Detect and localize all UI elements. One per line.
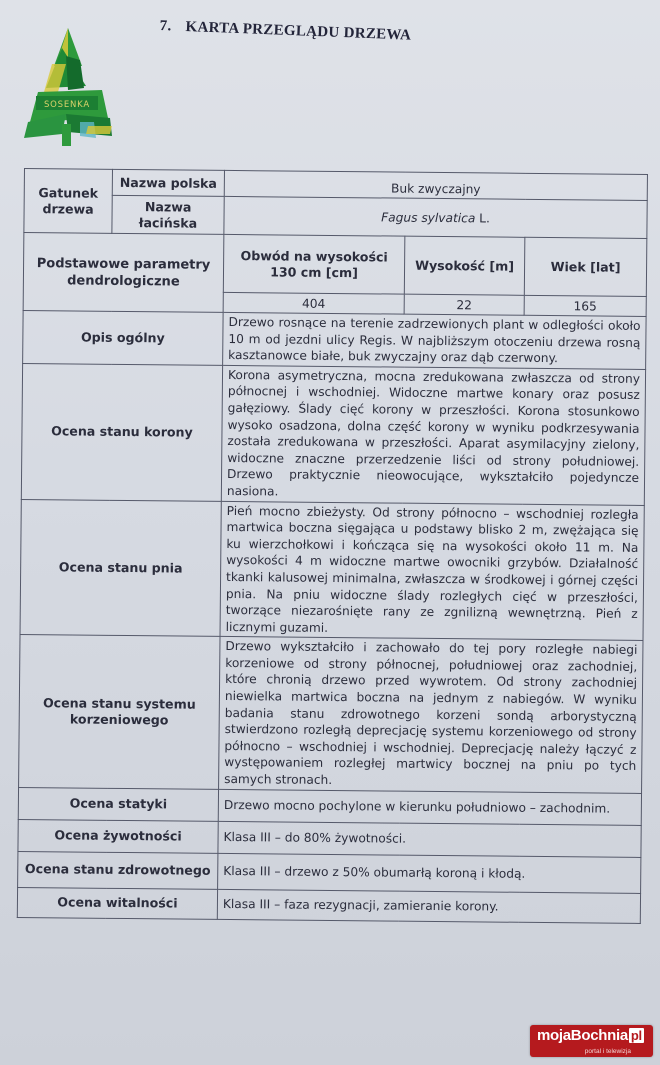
param-header-circumference: Obwód na wysokości 130 cm [cm]: [223, 234, 405, 294]
polish-name-value: Buk zwyczajny: [224, 170, 647, 200]
row-label-trunk-condition: Ocena stanu pnia: [20, 499, 221, 637]
svg-text:SOSENKA: SOSENKA: [44, 100, 90, 110]
species-latin-row: Nazwa łacińska Fagus sylvatica L.: [24, 195, 647, 239]
row-label-statics: Ocena statyki: [18, 787, 218, 821]
row-label-general-description: Opis ogólny: [23, 310, 223, 365]
watermark-brand: mojaBochniapl: [537, 1027, 644, 1044]
table-row: Ocena witalności Klasa III – faza rezygn…: [17, 887, 640, 923]
parameters-header-row: Podstawowe parametry dendrologiczne Obwó…: [23, 233, 647, 297]
latin-name-italic: Fagus sylvatica: [381, 210, 475, 225]
row-value-health-condition: Klasa III – drzewo z 50% obumarłą koroną…: [218, 853, 641, 893]
row-value-root-system-condition: Drzewo wykształciło i zachowało do tej p…: [219, 637, 643, 793]
param-header-height: Wysokość [m]: [404, 236, 525, 295]
table-row: Ocena stanu pnia Pień mocno zbieżysty. O…: [20, 499, 644, 641]
latin-name-value: Fagus sylvatica L.: [224, 196, 647, 238]
section-number: 7.: [159, 18, 171, 34]
param-value-height: 22: [404, 294, 524, 315]
table-row: Opis ogólny Drzewo rosnące na terenie za…: [23, 310, 646, 369]
row-label-root-system-condition: Ocena stanu systemu korzeniowego: [19, 635, 220, 789]
row-label-vitality: Ocena żywotności: [18, 819, 218, 853]
polish-name-label: Nazwa polska: [112, 169, 224, 196]
row-label-vigor: Ocena witalności: [17, 887, 217, 919]
row-value-crown-condition: Korona asymetryczna, mocna zredukowana z…: [221, 365, 645, 505]
param-header-age: Wiek [lat]: [524, 237, 647, 296]
table-row: Ocena stanu zdrowotnego Klasa III – drze…: [18, 851, 641, 893]
watermark-brand-name: mojaBochnia: [537, 1027, 628, 1044]
table-row: Ocena stanu systemu korzeniowego Drzewo …: [19, 635, 643, 793]
watermark-tld: pl: [629, 1028, 644, 1043]
row-label-crown-condition: Ocena stanu korony: [21, 363, 222, 501]
latin-name-label: Nazwa łacińska: [112, 195, 224, 234]
parameters-label: Podstawowe parametry dendrologiczne: [23, 233, 224, 313]
row-label-health-condition: Ocena stanu zdrowotnego: [18, 851, 218, 889]
watermark-subtitle: portal i telewizja: [585, 1048, 631, 1055]
row-value-general-description: Drzewo rosnące na terenie zadrzewionych …: [223, 312, 646, 369]
watermark-badge: mojaBochniapl portal i telewizja: [530, 1025, 653, 1057]
latin-name-suffix: L.: [475, 211, 490, 225]
row-value-statics: Drzewo mocno pochylone w kierunku połudn…: [218, 789, 641, 825]
tree-logo-icon: SOSENKA: [22, 26, 114, 148]
row-value-vigor: Klasa III – faza rezygnacji, zamieranie …: [217, 889, 640, 923]
section-title: KARTA PRZEGLĄDU DRZEWA: [185, 19, 411, 44]
tree-review-table: Gatunek drzewa Nazwa polska Buk zwyczajn…: [17, 168, 648, 924]
param-value-circumference: 404: [223, 292, 404, 314]
row-value-vitality: Klasa III – do 80% żywotności.: [218, 821, 641, 857]
page-heading: 7.KARTA PRZEGLĄDU DRZEWA: [159, 18, 411, 45]
table-row: Ocena stanu korony Korona asymetryczna, …: [21, 363, 645, 505]
document-page: SOSENKA 7.KARTA PRZEGLĄDU DRZEWA Gatunek…: [0, 0, 660, 1065]
row-value-trunk-condition: Pień mocno zbieżysty. Od strony północno…: [220, 501, 644, 641]
tree-review-card: Gatunek drzewa Nazwa polska Buk zwyczajn…: [17, 168, 647, 924]
param-value-age: 165: [524, 295, 646, 316]
species-label: Gatunek drzewa: [24, 169, 113, 234]
